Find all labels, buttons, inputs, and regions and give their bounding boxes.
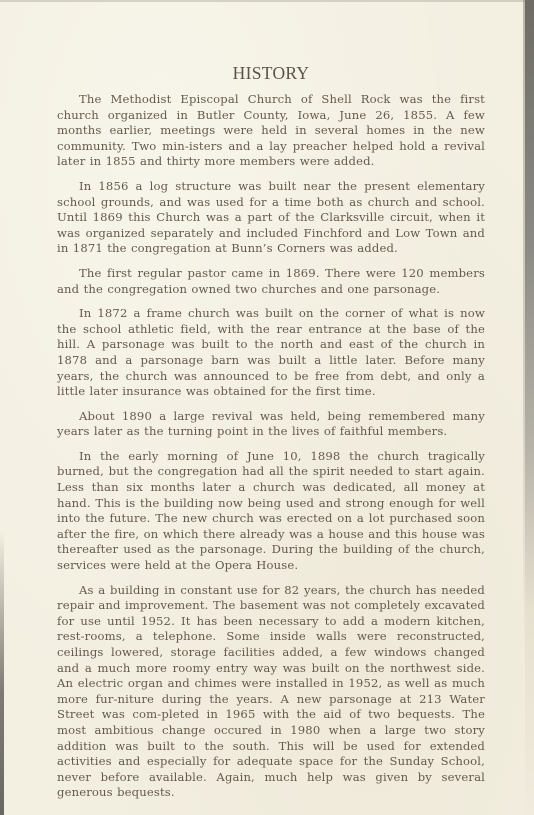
paragraph-frame-church: In 1872 a frame church was built on the … [57,306,485,400]
paragraph-fire: In the early morning of June 10, 1898 th… [57,449,485,574]
paragraph-revival: About 1890 a large revival was held, bei… [57,409,485,440]
page-top-edge [0,0,534,2]
document-body: HISTORY The Methodist Episcopal Church o… [57,62,485,810]
document-page: HISTORY The Methodist Episcopal Church o… [0,0,534,815]
paragraph-log-structure: In 1856 a log structure was built near t… [57,179,485,257]
page-left-edge-shadow [0,0,4,815]
paragraph-founding: The Methodist Episcopal Church of Shell … [57,92,485,170]
page-title: HISTORY [57,62,485,84]
paragraph-improvements: As a building in constant use for 82 yea… [57,583,485,801]
page-right-edge-shadow [525,0,534,815]
paragraph-first-pastor: The first regular pastor came in 1869. T… [57,266,485,297]
